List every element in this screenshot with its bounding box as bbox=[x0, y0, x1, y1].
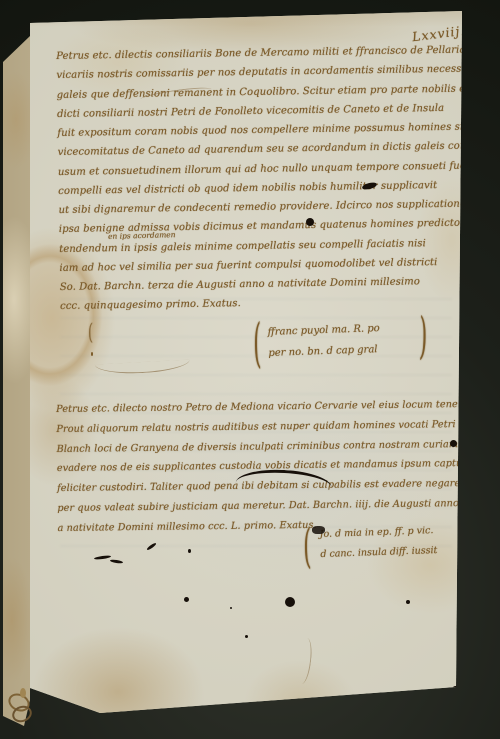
chancery-note-1: ffranc puyol ma. R. po per no. bn. d cap… bbox=[267, 318, 380, 364]
crease-line bbox=[295, 637, 314, 684]
ink-blot bbox=[184, 597, 189, 602]
manuscript-scan: Lxxviij. Petrus etc. dilectis consiliari… bbox=[0, 0, 500, 739]
interlinear-addition: en ips acordamen bbox=[108, 230, 176, 241]
margin-pen-dot bbox=[91, 352, 93, 356]
ink-blot bbox=[388, 702, 392, 710]
note-bracket-stroke: ) bbox=[419, 306, 428, 366]
note-line: per no. bn. d cap gral bbox=[268, 339, 381, 364]
ink-blot bbox=[312, 526, 325, 534]
ink-blot bbox=[230, 607, 232, 609]
entry-1-text: Petrus etc. dilectis consiliariis Bone d… bbox=[56, 41, 462, 317]
entry-2-text: Petrus etc. dilecto nostro Petro de Medi… bbox=[56, 395, 462, 539]
ink-blot bbox=[452, 686, 459, 693]
chancery-note-2: Jo. d mia in ep. ff. p vic. d canc. insu… bbox=[319, 521, 437, 564]
manuscript-page: Lxxviij. Petrus etc. dilectis consiliari… bbox=[0, 0, 500, 739]
ink-blot bbox=[306, 218, 314, 226]
note-bracket-stroke: ( bbox=[303, 518, 312, 574]
ink-blot bbox=[285, 597, 295, 607]
note-line: d canc. insula diff. iussit bbox=[320, 540, 438, 564]
ink-blot bbox=[450, 440, 457, 447]
ink-blot bbox=[188, 549, 191, 553]
binding-thread-end bbox=[20, 688, 26, 698]
note-bracket-stroke: ( bbox=[253, 311, 262, 374]
ink-blot bbox=[245, 635, 248, 638]
margin-pen-mark: ( bbox=[88, 321, 93, 347]
ink-blot bbox=[406, 600, 410, 604]
